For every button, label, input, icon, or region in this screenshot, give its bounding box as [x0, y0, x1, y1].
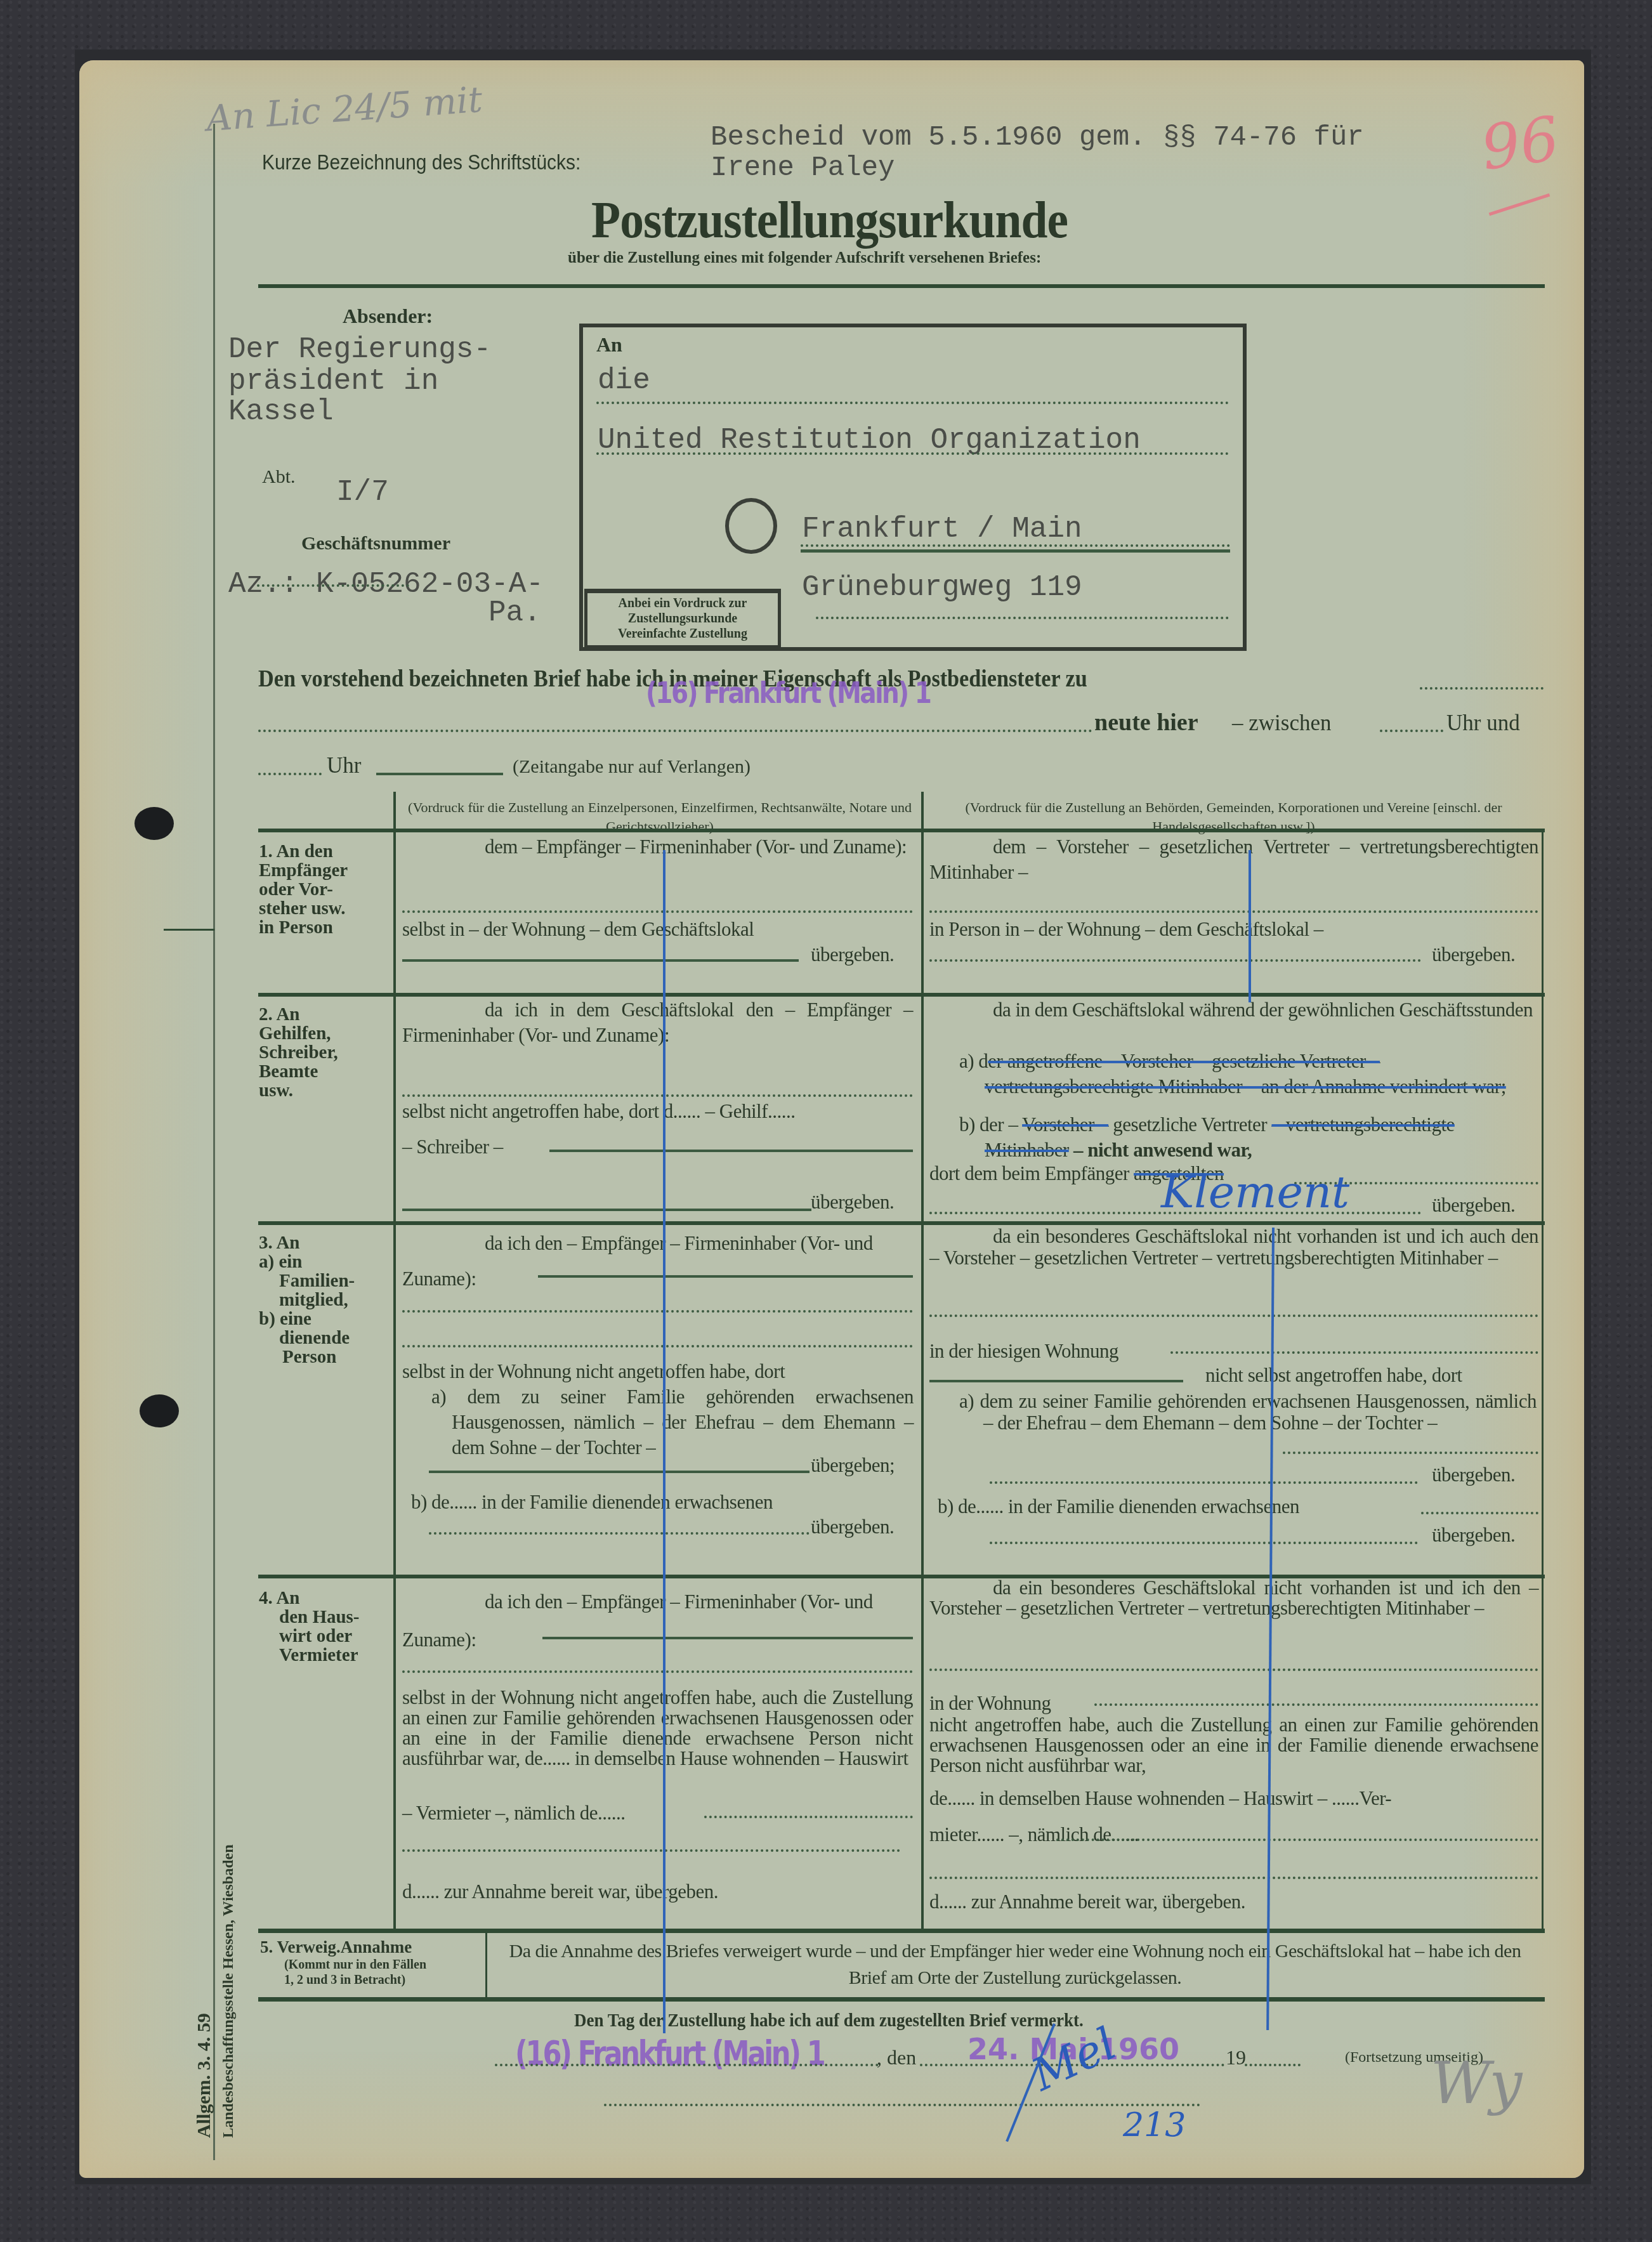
row3-right-a-tochter-rule	[1283, 1452, 1538, 1454]
page-subtitle: über die Zustellung eines mit folgender …	[568, 249, 1041, 267]
row3-label-5: b) eine	[259, 1308, 311, 1330]
address-line-2-rule	[596, 452, 1229, 455]
row4-right-wohnung-rule	[1094, 1703, 1538, 1706]
uhr-label: Uhr	[327, 753, 361, 778]
sender-line-3: Kassel	[228, 395, 334, 428]
pen-cancel-line-right-top	[1249, 850, 1251, 1002]
row4-label-1: 4. An	[259, 1587, 299, 1609]
row2-right-a-struck: er angetroffene – Vorsteher – gesetzlich…	[985, 1050, 1506, 1098]
address-street: Grüneburgweg 119	[802, 571, 1082, 604]
page-number-red: 96	[1477, 103, 1564, 184]
row4-label-2: den Haus-	[279, 1606, 360, 1628]
address-an-label: An	[596, 333, 622, 357]
row1-right-p1: dem – Vorsteher – gesetzlichen Vertreter…	[929, 834, 1538, 885]
row2-right-b-struck1: Vorsteher –	[1022, 1113, 1108, 1136]
row3-left-a-end-rule	[429, 1471, 810, 1473]
time-to-rule	[258, 773, 322, 775]
row4-left-p3: – Vermieter –, nämlich de......	[402, 1800, 626, 1826]
row4-left-p1: da ich den – Empfänger – Firmeninhaber (…	[402, 1583, 913, 1659]
delivery-place-rule-1	[1420, 687, 1544, 690]
address-city: Frankfurt / Main	[802, 513, 1082, 546]
row1-left-p2: selbst in – der Wohnung – dem Geschäftsl…	[402, 917, 913, 942]
table-rule-bottom	[258, 1997, 1545, 2002]
row5-label-title: 5. Verweig.Annahme	[260, 1936, 412, 1958]
row4-left-vermieter-rule-2	[402, 1849, 900, 1852]
row3-right-b-end: übergeben.	[1432, 1523, 1515, 1548]
row3-right-wohnung-rule-2	[929, 1380, 1183, 1382]
row3-left-b-end-rule	[429, 1532, 810, 1535]
row2-right-b: b) der – Vorsteher – gesetzliche Vertret…	[959, 1112, 1537, 1163]
row4-left-p2: selbst in der Wohnung nicht angetroffen …	[402, 1688, 913, 1769]
short-designation-label: Kurze Bezeichnung des Schriftstücks:	[262, 150, 580, 175]
address-city-rule-2	[801, 549, 1230, 553]
row3-left-a-end: übergeben;	[811, 1453, 895, 1478]
table-col-divider-1	[393, 792, 396, 1929]
page-title: Postzustellungsurkunde	[591, 190, 1068, 250]
row5-divider	[485, 1932, 487, 1998]
row4-right-end: d...... zur Annahme bereit war, übergebe…	[929, 1889, 1245, 1915]
row1-right-p2: in Person in – der Wohnung – dem Geschäf…	[929, 917, 1538, 942]
row3-right-b: b) de...... in der Familie dienenden erw…	[938, 1494, 1299, 1519]
row2-right-a: a) der angetroffene – Vorsteher – gesetz…	[959, 1049, 1537, 1099]
row4-left-name-rule-2	[402, 1670, 913, 1673]
short-designation-line2: Irene Paley	[711, 152, 895, 184]
row3-left-name-rule-1	[538, 1275, 913, 1278]
pencil-initials: Wy	[1431, 2049, 1523, 2117]
row2-right-p1: da in dem Geschäftslokal während der gew…	[929, 997, 1538, 1023]
row2-left-schreiber-rule	[549, 1150, 913, 1152]
footer-year-prefix: 19	[1226, 2046, 1246, 2069]
row3-left-b-end: übergeben.	[811, 1514, 894, 1540]
address-line-1-rule	[596, 402, 1229, 404]
row1-left-end: übergeben.	[811, 942, 894, 967]
row2-label-2: Gehilfen,	[259, 1023, 331, 1044]
row4-right-p3: nicht angetroffen habe, auch die Zustell…	[929, 1715, 1538, 1776]
row2-right-a-prefix: a) d	[959, 1050, 988, 1072]
row1-left-end-rule	[402, 959, 799, 962]
time-from-rule	[1380, 730, 1443, 732]
row2-label-1: 2. An	[259, 1004, 299, 1025]
geschaeftsnummer-label: Geschäftsnummer	[301, 533, 450, 554]
row2-left-end-rule	[402, 1209, 811, 1211]
handwritten-recipient-name: Klement	[1161, 1166, 1349, 1218]
punch-hole-bottom	[140, 1394, 179, 1427]
row5-text: Da die Annahme des Briefes verweigert wu…	[495, 1938, 1535, 1991]
row4-right-name-rule	[929, 1668, 1538, 1671]
enclosure-note-line1: Anbei ein Vordruck zur	[587, 596, 778, 611]
row2-left-p3: – Schreiber –	[402, 1134, 503, 1160]
row1-right-name-rule	[929, 910, 1538, 913]
row2-right-b-prefix: b) der –	[959, 1113, 1018, 1136]
row1-label-3: oder Vor-	[259, 879, 333, 900]
row2-label-5: usw.	[259, 1080, 293, 1101]
title-rule	[258, 284, 1545, 288]
zwischen-label: – zwischen	[1232, 711, 1331, 736]
row1-label-1: 1. An den	[259, 841, 333, 862]
row3-right-p1: da ein besonderes Geschäftslokal nicht v…	[929, 1226, 1538, 1269]
row2-left-end: übergeben.	[811, 1190, 894, 1215]
row1-left-name-rule	[402, 910, 913, 913]
row1-label-4: steher usw.	[259, 898, 345, 919]
enclosure-note-line3: Vereinfachte Zustellung	[587, 627, 778, 641]
pen-cancel-line-left	[663, 850, 665, 2033]
row2-label-3: Schreiber,	[259, 1042, 338, 1063]
footer-statement: Den Tag der Zustellung habe ich auf dem …	[574, 2010, 1084, 2031]
signature-number: 213	[1123, 2106, 1186, 2144]
row3-right-name-rule	[929, 1314, 1538, 1317]
row4-right-p5: mieter...... –, nämlich de......	[929, 1822, 1139, 1847]
row2-right-p3-pre: dort dem beim Empfänger	[929, 1162, 1129, 1184]
enclosure-note-line2: Zustellungsurkunde	[587, 612, 778, 626]
row2-right-b-mid: gesetzliche Vertreter	[1113, 1113, 1267, 1136]
row3-left-p2: selbst in der Wohnung nicht angetroffen …	[402, 1359, 913, 1384]
left-margin-rule	[213, 124, 215, 2160]
uhr-und-label: Uhr und	[1446, 711, 1520, 736]
table-right-border	[1542, 830, 1544, 1931]
side-print-1: Allgem. 3. 4. 59	[193, 2013, 215, 2138]
row3-label-7: Person	[282, 1346, 336, 1368]
row3-right-p2: in der hiesigen Wohnung	[929, 1339, 1118, 1364]
row2-right-b-end: – nicht anwesend war,	[1073, 1139, 1252, 1161]
row3-label-4: mitglied,	[279, 1289, 348, 1311]
row4-left-vermieter-rule	[704, 1816, 913, 1818]
delivery-place-rule-2	[258, 730, 1092, 732]
row3-label-3: Familien-	[279, 1270, 355, 1292]
row3-left-p1: da ich den – Empfänger – Firmeninhaber (…	[402, 1226, 913, 1297]
row3-right-p3: nicht selbst angetroffen habe, dort	[1205, 1363, 1462, 1388]
postal-code-circle	[725, 498, 777, 554]
row3-left-a: a) dem zu seiner Familie gehörenden erwa…	[431, 1384, 914, 1460]
address-city-rule	[801, 544, 1230, 547]
time-minutes-rule	[376, 773, 503, 775]
row2-right-end: übergeben.	[1432, 1193, 1515, 1218]
row3-right-a: a) dem zu seiner Familie gehörenden erwa…	[959, 1391, 1537, 1434]
address-line-1: die	[598, 364, 650, 397]
row2-right-end-rule	[929, 1212, 1421, 1214]
abt-label: Abt.	[262, 466, 296, 488]
row1-right-end: übergeben.	[1432, 942, 1515, 967]
row3-label-2: a) ein	[259, 1251, 302, 1273]
row3-label-1: 3. An	[259, 1232, 299, 1254]
row4-right-p2: in der Wohnung	[929, 1691, 1051, 1716]
sender-line-1: Der Regierungs-	[228, 333, 491, 366]
zeitangabe-note: (Zeitangabe nur auf Verlangen)	[513, 756, 751, 778]
row3-right-b-end-rule	[990, 1542, 1418, 1544]
row2-left-p2: selbst nicht angetroffen habe, dort d...…	[402, 1099, 913, 1124]
footer-year-rule	[1245, 2064, 1301, 2066]
footer-signature-rule	[604, 2104, 1200, 2106]
sender-label: Absender:	[343, 305, 433, 328]
row3-label-6: dienende	[279, 1327, 350, 1349]
table-rule-row2	[258, 993, 1545, 997]
footer-place-rule	[495, 2064, 879, 2066]
side-print-2: Landesbeschaffungsstelle Hessen, Wiesbad…	[220, 1844, 237, 2138]
row1-label-5: in Person	[259, 917, 333, 938]
row2-left-name-rule	[402, 1094, 913, 1097]
table-col-divider-2	[921, 792, 924, 1929]
row2-left-p1: da ich in dem Geschäftslokal den – Empfä…	[402, 997, 913, 1048]
row4-right-p1: da ein besonderes Geschäftslokal nicht v…	[929, 1578, 1538, 1618]
aktenzeichen-line2: Pa.	[488, 596, 541, 629]
row3-right-a-end-rule	[990, 1481, 1418, 1484]
aktenzeichen-underline-line	[257, 584, 409, 587]
row4-left-name-rule-1	[542, 1637, 913, 1639]
neute-hier-label: neute hier	[1094, 709, 1198, 737]
row3-left-name-rule-3	[402, 1345, 913, 1347]
row4-left-end: d...... zur Annahme bereit war, übergebe…	[402, 1879, 718, 1904]
row4-right-vermieter-rule-2	[929, 1877, 1538, 1879]
footer-den: , den	[877, 2046, 916, 2069]
place-stamp-1: (16) Frankfurt (Main) 1	[646, 676, 930, 710]
row5-label-note-1: (Kommt nur in den Fällen	[284, 1958, 426, 1972]
table-rule-top	[258, 829, 1545, 832]
abt-value: I/7	[336, 476, 389, 509]
row4-label-4: Vermieter	[279, 1644, 358, 1666]
sender-line-2: präsident in	[228, 365, 438, 398]
row3-right-b-rule	[1421, 1512, 1538, 1514]
row2-label-4: Beamte	[259, 1061, 318, 1082]
row1-label-2: Empfänger	[259, 860, 348, 881]
row4-right-p4: de...... in demselben Hause wohnenden – …	[929, 1786, 1538, 1811]
row1-left-p1: dem – Empfänger – Firmeninhaber (Vor- un…	[402, 834, 913, 860]
address-street-rule	[816, 617, 1229, 619]
table-rule-row5	[258, 1929, 1545, 1933]
short-designation-line1: Bescheid vom 5.5.1960 gem. §§ 74-76 für	[711, 122, 1364, 154]
row3-right-wohnung-rule	[1170, 1351, 1538, 1354]
row4-right-vermieter-rule	[1056, 1839, 1538, 1841]
punch-hole-top	[134, 807, 174, 840]
row4-label-3: wirt oder	[279, 1625, 352, 1647]
row5-label-note-2: 1, 2 und 3 in Betracht)	[284, 1973, 405, 1988]
row3-right-a-end: übergeben.	[1432, 1462, 1515, 1488]
row3-left-b: b) de...... in der Familie dienenden erw…	[411, 1490, 912, 1515]
row3-left-name-rule-2	[402, 1310, 913, 1313]
row1-right-end-rule	[929, 959, 1421, 962]
margin-tick	[164, 929, 214, 931]
place-stamp-footer: (16) Frankfurt (Main) 1	[515, 2033, 824, 2073]
